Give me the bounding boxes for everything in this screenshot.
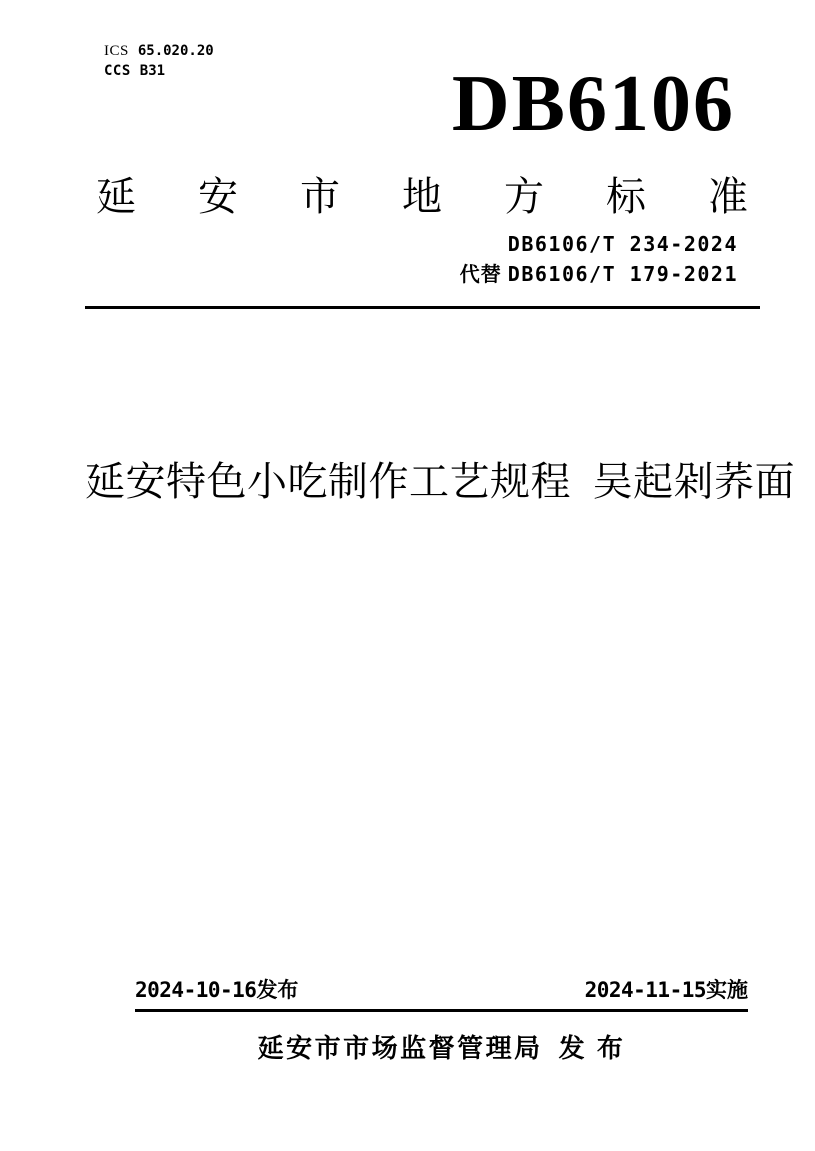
standard-name-char: 延 [96, 176, 136, 218]
standard-name: 延安市地方标准 [96, 176, 748, 218]
standard-name-char: 地 [402, 176, 442, 218]
standard-code-logo: DB6106 [452, 64, 735, 144]
document-title: 延安特色小吃制作工艺规程 吴起剁荞面 [85, 457, 748, 507]
ics-label: ICS [104, 43, 129, 59]
standard-name-char: 方 [504, 176, 544, 218]
standard-name-char: 准 [708, 176, 748, 218]
publisher-name: 延安市市场监督管理局 [258, 1033, 543, 1063]
replaces-line: 代替DB6106/T 179-2021 [460, 260, 738, 290]
classification-codes: ICS65.020.20 CCSB31 [104, 41, 214, 81]
ccs-value: B31 [140, 63, 165, 79]
replaces-prefix: 代替 [460, 264, 502, 286]
issue-date: 2024-10-16 [135, 978, 256, 1002]
implementation-label: 实施 [706, 979, 748, 1002]
ics-code-line: ICS65.020.20 [104, 41, 214, 61]
publish-action-label: 发 布 [559, 1033, 626, 1063]
implementation-date: 2024-11-15 [585, 978, 706, 1002]
standard-name-char: 安 [198, 176, 238, 218]
header-divider-rule [85, 306, 760, 309]
issue-date-block: 2024-10-16发布 [135, 974, 298, 1004]
date-rule-row: 2024-10-16发布 2024-11-15实施 [135, 974, 748, 1012]
implementation-date-block: 2024-11-15实施 [585, 974, 748, 1004]
standard-number: DB6106/T 234-2024 [508, 232, 738, 256]
issue-label: 发布 [256, 979, 298, 1002]
standard-cover-page: ICS65.020.20 CCSB31 DB6106 延安市地方标准 DB610… [0, 0, 815, 1151]
standard-name-char: 标 [606, 176, 646, 218]
ccs-label: CCS [104, 63, 131, 79]
ccs-code-line: CCSB31 [104, 61, 214, 81]
ics-value: 65.020.20 [138, 43, 214, 59]
standard-name-char: 市 [300, 176, 340, 218]
standard-number-line: DB6106/T 234-2024 [460, 230, 738, 260]
replaced-standard-number: DB6106/T 179-2021 [508, 262, 738, 286]
publisher-line: 延安市市场监督管理局发 布 [135, 1028, 748, 1065]
standard-numbers: DB6106/T 234-2024 代替DB6106/T 179-2021 [460, 230, 738, 290]
